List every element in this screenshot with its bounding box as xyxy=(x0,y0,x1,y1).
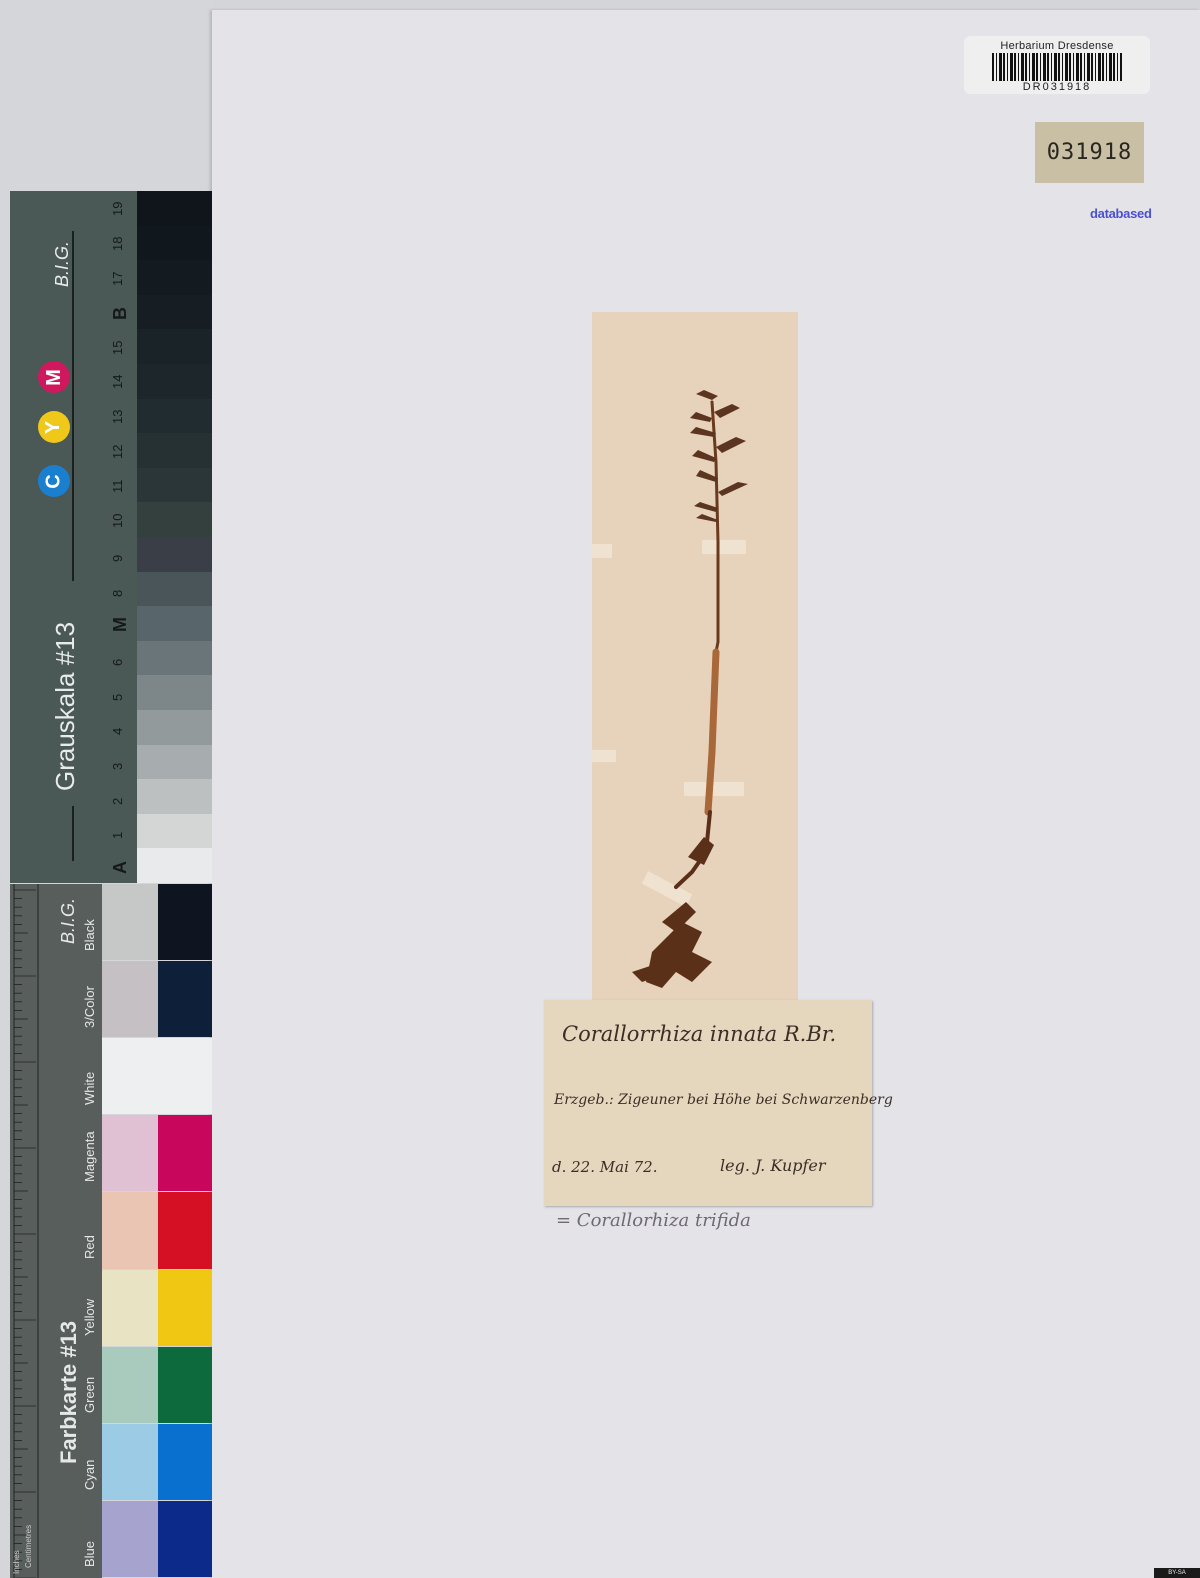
step-number: 10 xyxy=(110,513,125,527)
gray-step-swatch xyxy=(137,606,212,641)
color-patch-blue xyxy=(102,1501,212,1577)
ruler xyxy=(10,884,50,1578)
centimetres-label: Centimetres xyxy=(24,1525,33,1568)
inches-label: Inches xyxy=(12,1550,21,1574)
step-number: 11 xyxy=(110,480,125,494)
collection-date: d. 22. Mai 72. xyxy=(552,1158,657,1176)
gray-step-swatch xyxy=(137,364,212,399)
gray-step-swatch xyxy=(137,191,212,226)
license-badge-icon: BY-SA xyxy=(1154,1568,1200,1578)
gray-step-swatch xyxy=(137,537,212,572)
color-patch-white xyxy=(102,1038,212,1114)
step-number: 18 xyxy=(110,236,125,250)
barcode-number: DR031918 xyxy=(964,81,1150,93)
gray-step-swatch xyxy=(137,329,212,364)
magenta-circle-icon: M xyxy=(38,361,70,393)
grayscale-title: Grauskala #13 xyxy=(50,622,81,791)
grayscale-card: Grauskala #13 B.I.G. C Y M A123456M89101… xyxy=(10,191,212,883)
orchid-specimen-icon xyxy=(592,312,798,1000)
step-number: 19 xyxy=(110,202,125,216)
barcode-label: Herbarium Dresdense DR031918 xyxy=(964,36,1150,94)
gray-step-swatch xyxy=(137,675,212,710)
step-number: 3 xyxy=(110,763,125,770)
specimen-label-card: Corallorrhiza innata R.Br. Erzgeb.: Zige… xyxy=(544,1000,872,1206)
step-number: 8 xyxy=(110,590,125,597)
gray-step-swatch xyxy=(137,433,212,468)
patch-label: Magenta xyxy=(82,1131,97,1182)
color-patch-yellow xyxy=(102,1270,212,1346)
gray-step-swatch xyxy=(137,502,212,537)
gray-step-swatch xyxy=(137,745,212,780)
locality-text: Erzgeb.: Zigeuner bei Höhe bei Schwarzen… xyxy=(554,1092,893,1108)
gray-step-swatch xyxy=(137,848,212,883)
step-number: 4 xyxy=(110,728,125,735)
specimen-paper xyxy=(592,312,798,1000)
step-number: 9 xyxy=(110,555,125,562)
patch-label: Blue xyxy=(82,1541,97,1567)
brand-logo: B.I.G. xyxy=(52,241,73,287)
color-card-title: Farbkarte #13 xyxy=(56,1321,82,1464)
cyan-circle-icon: C xyxy=(38,465,70,497)
barcode-icon xyxy=(992,53,1122,81)
step-number: 13 xyxy=(110,409,125,423)
step-number: 17 xyxy=(110,271,125,285)
brand-logo: B.I.G. xyxy=(58,898,79,944)
gray-step-swatch xyxy=(137,260,212,295)
accession-number-label: 031918 xyxy=(1035,122,1144,183)
gray-step-swatch xyxy=(137,779,212,814)
gray-step-swatch xyxy=(137,399,212,434)
patch-label: Green xyxy=(82,1377,97,1413)
step-number: M xyxy=(110,617,131,632)
color-patch-3-color xyxy=(102,961,212,1037)
patch-label: Yellow xyxy=(82,1299,97,1336)
divider-line xyxy=(72,806,74,861)
step-number: 12 xyxy=(110,444,125,458)
step-number: 1 xyxy=(110,832,125,839)
gray-step-swatch xyxy=(137,468,212,503)
institution-name: Herbarium Dresdense xyxy=(964,40,1150,52)
color-patch-magenta xyxy=(102,1115,212,1191)
color-patch-black xyxy=(102,884,212,960)
color-patch-cyan xyxy=(102,1424,212,1500)
patch-label: Red xyxy=(82,1235,97,1259)
gray-step-swatch xyxy=(137,226,212,261)
step-number: A xyxy=(110,861,131,874)
color-patch-red xyxy=(102,1192,212,1268)
step-number: B xyxy=(110,307,131,320)
color-card: Black3/ColorWhiteMagentaRedYellowGreenCy… xyxy=(10,884,212,1578)
gray-step-swatch xyxy=(137,641,212,676)
step-number: 15 xyxy=(110,340,125,354)
collector-name: leg. J. Kupfer xyxy=(720,1156,826,1175)
patch-label: White xyxy=(82,1072,97,1105)
color-patch-green xyxy=(102,1347,212,1423)
patch-label: Cyan xyxy=(82,1460,97,1490)
databased-stamp: databased xyxy=(1090,206,1152,221)
step-number: 6 xyxy=(110,659,125,666)
patch-label: 3/Color xyxy=(82,986,97,1028)
step-number: 5 xyxy=(110,693,125,700)
step-number: 14 xyxy=(110,375,125,389)
yellow-circle-icon: Y xyxy=(38,411,70,443)
step-number: 2 xyxy=(110,797,125,804)
taxon-name: Corallorrhiza innata R.Br. xyxy=(562,1022,836,1046)
grayscale-steps xyxy=(137,191,212,883)
patch-label: Black xyxy=(82,919,97,951)
gray-step-swatch xyxy=(137,295,212,330)
determination-annotation: = Corallorhiza trifida xyxy=(556,1210,751,1231)
gray-step-swatch xyxy=(137,572,212,607)
gray-step-swatch xyxy=(137,710,212,745)
gray-step-swatch xyxy=(137,814,212,849)
color-patches xyxy=(102,884,212,1578)
